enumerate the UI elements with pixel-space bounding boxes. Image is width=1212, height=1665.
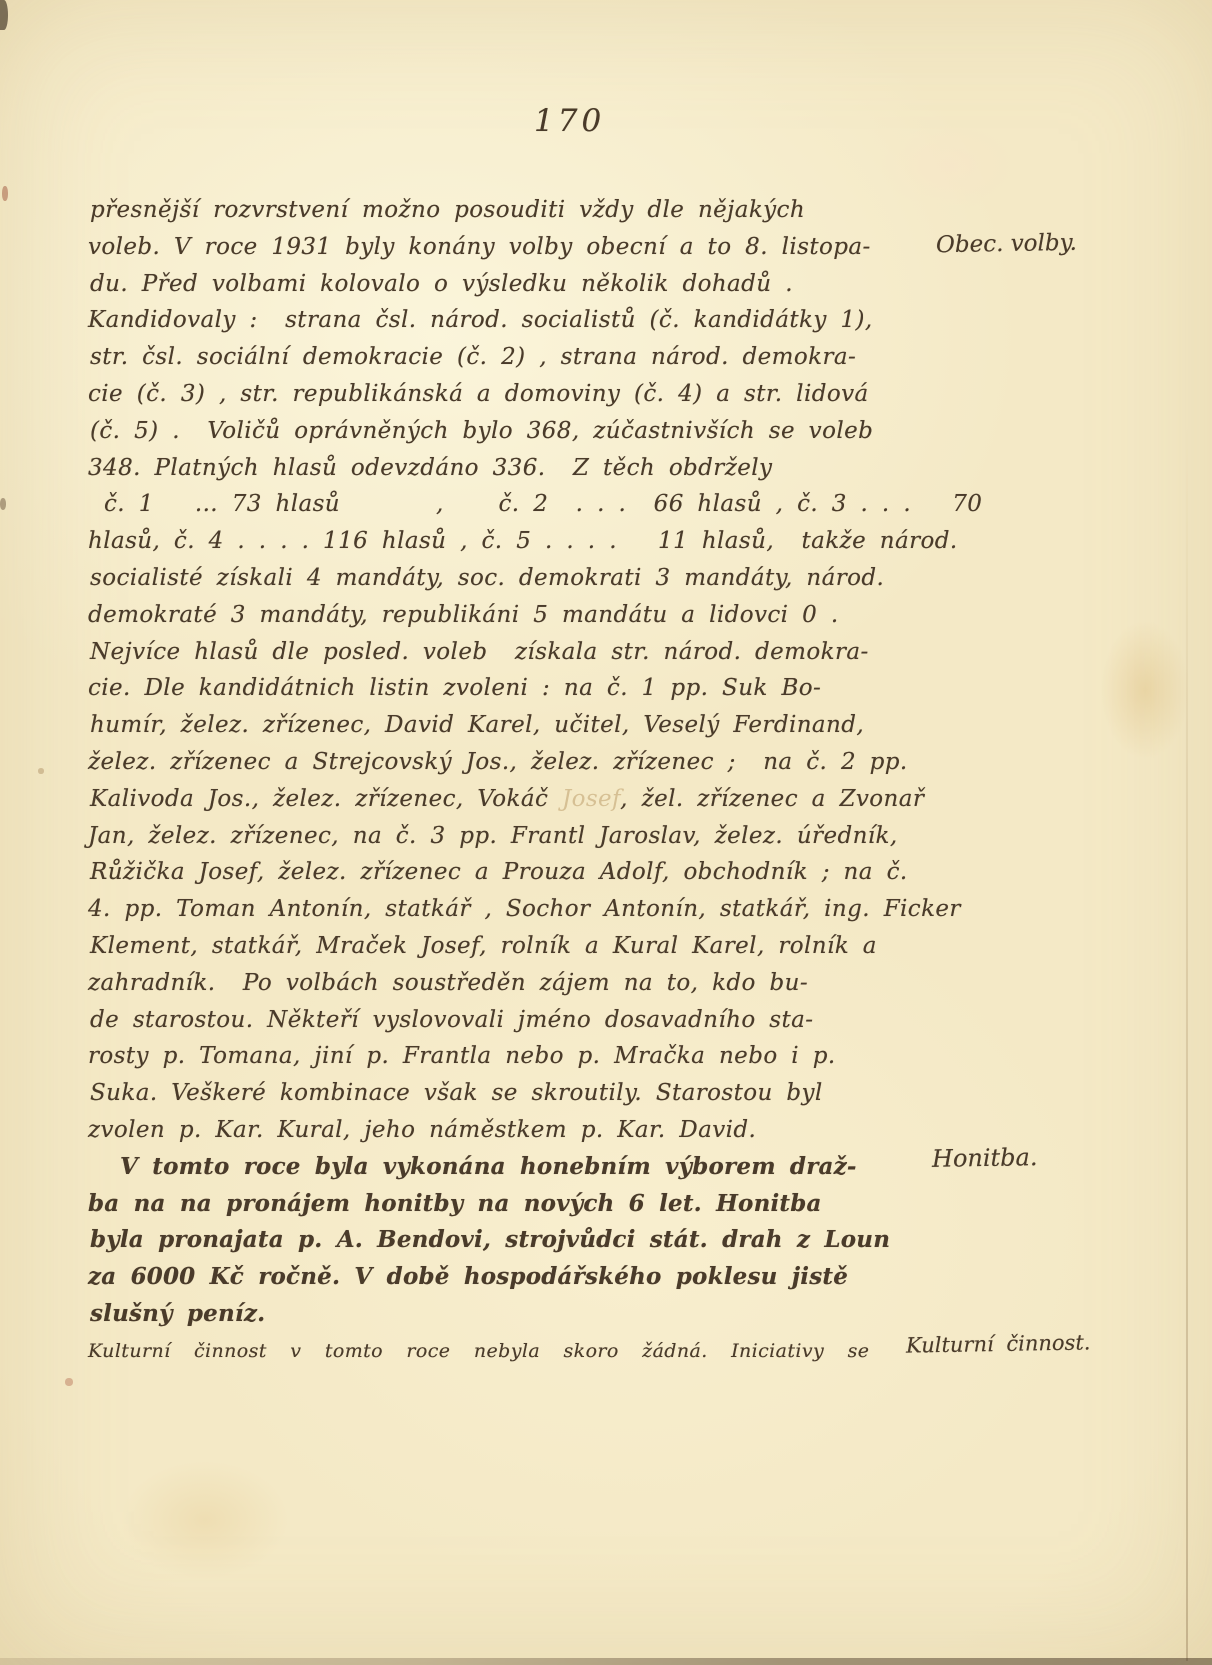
text-line: cie (č. 3) , str. republikánská a domovi…: [88, 376, 933, 413]
margin-note-obecni-volby: Obec. volby.: [936, 230, 1077, 258]
text-line: Růžička Josef, želez. zřízenec a Prouza …: [90, 854, 935, 891]
text-line: želez. zřízenec a Strejcovský Jos., žele…: [88, 744, 933, 781]
page-number: 170: [534, 103, 605, 139]
paper-speck: [0, 498, 6, 510]
text-line: za 6000 Kč ročně. V době hospodářského p…: [88, 1259, 933, 1296]
text-line: 348. Platných hlasů odevzdáno 336. Z těc…: [88, 450, 933, 487]
text-line: (č. 5) . Voličů oprávněných bylo 368, zú…: [90, 413, 935, 450]
text-line: Nejvíce hlasů dle posled. voleb získala …: [90, 634, 935, 671]
text-line: V tomto roce byla vykonána honebním výbo…: [90, 1149, 935, 1186]
text-line: voleb. V roce 1931 byly konány volby obe…: [88, 229, 933, 266]
text-line: zvolen p. Kar. Kural, jeho náměstkem p. …: [88, 1112, 933, 1149]
text-line: přesnější rozvrstvení možno posouditi vž…: [90, 192, 935, 229]
paper-stain: [1100, 620, 1190, 760]
text-segment: Kalivoda Jos., želez. zřízenec, Vokáč: [90, 786, 562, 812]
text-line: Kandidovaly : strana čsl. národ. sociali…: [88, 302, 933, 339]
text-line: hlasů, č. 4 . . . . 116 hlasů , č. 5 . .…: [88, 523, 933, 560]
scanned-chronicle-page: { "page": { "number": "170" }, "colors":…: [0, 0, 1212, 1665]
text-line: Klement, statkář, Mraček Josef, rolník a…: [90, 928, 935, 965]
page-bottom-shadow: [0, 1658, 1212, 1665]
text-line: zahradník. Po volbách soustředěn zájem n…: [88, 965, 933, 1002]
text-line: Suka. Veškeré kombinace však se skroutil…: [90, 1075, 935, 1112]
paper-speck: [38, 768, 44, 774]
paper-crease: [1186, 420, 1188, 1661]
paper-stain: [120, 1460, 290, 1580]
text-line: du. Před volbami kolovalo o výsledku něk…: [90, 266, 935, 303]
text-line: ba na na pronájem honitby na nových 6 le…: [88, 1186, 933, 1223]
paper-speck: [0, 0, 8, 30]
margin-note-kulturni-cinnost: Kulturní činnost.: [906, 1330, 1091, 1357]
text-line: byla pronajata p. A. Bendovi, strojvůdci…: [90, 1222, 935, 1259]
text-line: rosty p. Tomana, jiní p. Frantla nebo p.…: [88, 1038, 933, 1075]
text-line: č. 1 ... 73 hlasů , č. 2 . . . 66 hlasů …: [90, 486, 935, 523]
text-line: de starostou. Někteří vyslovovali jméno …: [90, 1002, 935, 1039]
text-line: Jan, želez. zřízenec, na č. 3 pp. Frantl…: [88, 818, 933, 855]
text-line: slušný peníz.: [90, 1296, 935, 1333]
text-line: demokraté 3 mandáty, republikáni 5 mandá…: [88, 597, 933, 634]
text-line: Kalivoda Jos., želez. zřízenec, Vokáč Jo…: [90, 781, 935, 818]
text-line: Kulturní činnost v tomto roce nebyla sko…: [88, 1333, 933, 1370]
text-line: cie. Dle kandidátnich listin zvoleni : n…: [88, 670, 933, 707]
text-line: 4. pp. Toman Antonín, statkář , Sochor A…: [88, 891, 933, 928]
text-line: socialisté získali 4 mandáty, soc. demok…: [90, 560, 935, 597]
paper-speck: [65, 1378, 73, 1386]
text-line: str. čsl. sociální demokracie (č. 2) , s…: [90, 339, 935, 376]
paper-speck: [2, 186, 8, 201]
faded-pencil-word: Josef: [562, 786, 620, 812]
margin-note-honitba: Honitba.: [932, 1143, 1038, 1173]
text-segment: , žel. zřízenec a Zvonař: [620, 786, 924, 812]
text-line: humír, želez. zřízenec, David Karel, uči…: [90, 707, 935, 744]
main-text-block: přesnější rozvrstvení možno posouditi vž…: [88, 192, 933, 1370]
